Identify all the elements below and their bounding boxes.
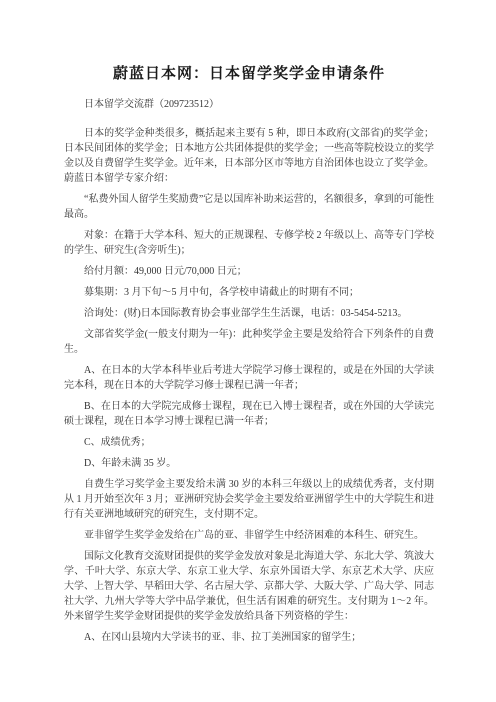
paragraph: D、年龄未满 35 岁。	[64, 456, 434, 471]
paragraph: A、在冈山县境内大学读书的亚、非、拉丁美洲国家的留学生；	[64, 630, 434, 645]
paragraph: 对象：在籍于大学本科、短大的正规课程、专修学校 2 年级以上、高等专门学校的学生…	[64, 228, 434, 258]
paragraph: C、成绩优秀；	[64, 435, 434, 450]
document-page: 蔚蓝日本网：日本留学奖学金申请条件 日本留学交流群（209723512） 日本的…	[0, 0, 496, 702]
paragraph: 日本的奖学金种类很多，概括起来主要有 5 种，即日本政府(文部省)的奖学金；日本…	[64, 126, 434, 186]
paragraph: 洽询处：(财)日本国际教育协会事业部学生生活课，电话：03-5454-5213。	[64, 306, 434, 321]
paragraph: 国际文化教育交流财团提供的奖学金发放对象是北海道大学、东北大学、筑波大学、千叶大…	[64, 549, 434, 624]
paragraph: A、在日本的大学本科毕业后考进大学院学习修士课程的，或是在外国的大学读完本科，现…	[64, 363, 434, 393]
paragraph: 募集期：3 月下旬～5 月中旬，各学校申请截止的时期有不同；	[64, 285, 434, 300]
group-info-line: 日本留学交流群（209723512）	[64, 97, 434, 112]
paragraph: 亚非留学生奖学金发给在广岛的亚、非留学生中经济困难的本科生、研究生。	[64, 528, 434, 543]
paragraph: “私费外国人留学生奖励费”它是以国库补助来运营的，名额很多，拿到的可能性最高。	[64, 192, 434, 222]
paragraph: 给付月额：49,000 日元/70,000 日元；	[64, 264, 434, 279]
paragraph: 自费生学习奖学金主要发给未满 30 岁的本科三年级以上的成绩优秀者，支付期从 1…	[64, 477, 434, 522]
page-title: 蔚蓝日本网：日本留学奖学金申请条件	[64, 62, 434, 83]
document-body: 日本的奖学金种类很多，概括起来主要有 5 种，即日本政府(文部省)的奖学金；日本…	[64, 126, 434, 645]
paragraph: B、在日本的大学院完成修士课程，现在已入博士课程者，或在外国的大学读完硕士课程，…	[64, 399, 434, 429]
paragraph: 文部省奖学金(一般支付期为一年)：此种奖学金主要是发给符合下列条件的自费生。	[64, 327, 434, 357]
